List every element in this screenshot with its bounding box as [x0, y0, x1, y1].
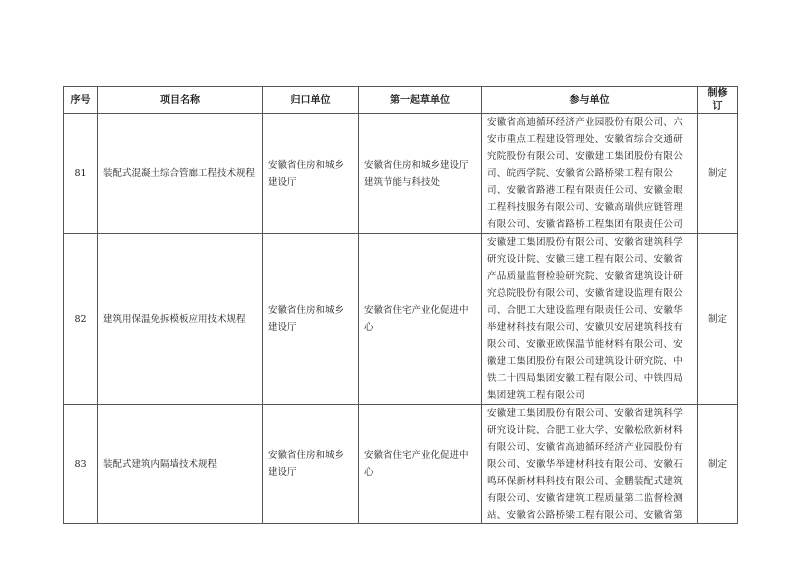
row-participants: 安徽建工集团股份有限公司、安徽省建筑科学研究设计院、合肥工业大学、安徽松欣新材料…: [487, 405, 692, 523]
row-type: 制定: [698, 234, 738, 405]
table-row: 82 建筑用保温免拆模板应用技术规程 安徽省住房和城乡建设厅 安徽省住宅产业化促…: [64, 234, 738, 405]
header-authority: 归口单位: [263, 87, 359, 114]
row-drafter: 安徽省住宅产业化促进中心: [359, 234, 482, 405]
header-no: 序号: [64, 87, 98, 114]
row-no: 82: [64, 234, 98, 405]
row-drafter: 安徽省住宅产业化促进中心: [359, 405, 482, 524]
row-authority: 安徽省住房和城乡建设厅: [263, 405, 359, 524]
header-participants: 参与单位: [482, 87, 698, 114]
row-type: 制定: [698, 405, 738, 524]
row-authority: 安徽省住房和城乡建设厅: [263, 114, 359, 234]
row-drafter: 安徽省住房和城乡建设厅建筑节能与科技处: [359, 114, 482, 234]
header-name: 项目名称: [98, 87, 263, 114]
header-drafter: 第一起草单位: [359, 87, 482, 114]
row-no: 81: [64, 114, 98, 234]
row-name: 装配式建筑内隔墙技术规程: [98, 405, 263, 524]
row-no: 83: [64, 405, 98, 524]
row-participants: 安徽建工集团股份有限公司、安徽省建筑科学研究设计院、安徽三建工程有限公司、安徽省…: [482, 234, 698, 405]
header-type: 制修订: [698, 87, 738, 114]
table-row: 81 装配式混凝土综合管廊工程技术规程 安徽省住房和城乡建设厅 安徽省住房和城乡…: [64, 114, 738, 234]
table-row: 83 装配式建筑内隔墙技术规程 安徽省住房和城乡建设厅 安徽省住宅产业化促进中心…: [64, 405, 738, 524]
row-name: 装配式混凝土综合管廊工程技术规程: [98, 114, 263, 234]
row-type: 制定: [698, 114, 738, 234]
standards-table: 序号 项目名称 归口单位 第一起草单位 参与单位 制修订 81 装配式混凝土综合…: [63, 86, 738, 524]
table-header-row: 序号 项目名称 归口单位 第一起草单位 参与单位 制修订: [64, 87, 738, 114]
row-participants: 安徽省高迪循环经济产业园股份有限公司、六安市重点工程建设管理处、安徽省综合交通研…: [482, 114, 698, 234]
row-name: 建筑用保温免拆模板应用技术规程: [98, 234, 263, 405]
row-authority: 安徽省住房和城乡建设厅: [263, 234, 359, 405]
